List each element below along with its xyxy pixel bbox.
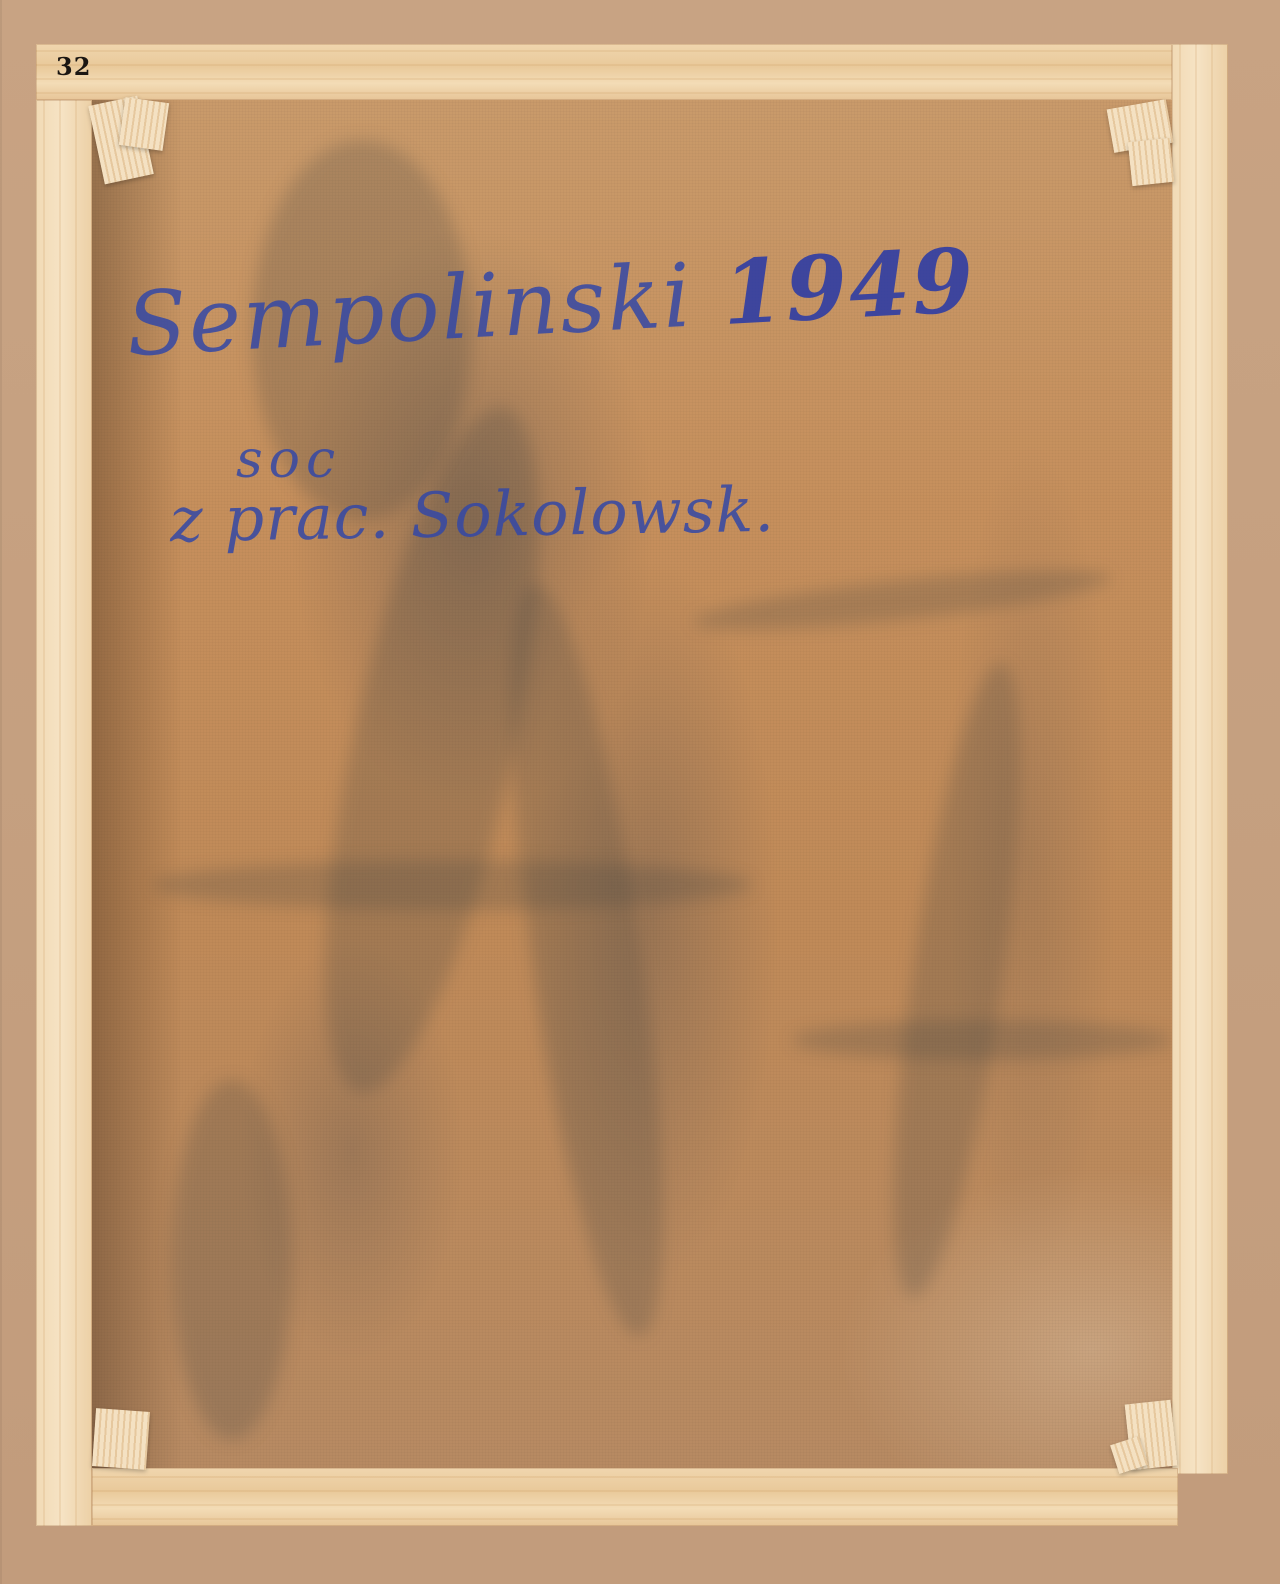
charcoal-shadow bbox=[792, 1020, 1172, 1060]
corner-key-bottom-left bbox=[92, 1408, 150, 1470]
signature-year: 1949 bbox=[720, 228, 978, 345]
stretcher-number-label: 32 bbox=[56, 52, 91, 81]
stretcher-bar-top bbox=[36, 44, 1172, 100]
stretcher-bar-bottom bbox=[92, 1468, 1178, 1526]
charcoal-shadow bbox=[480, 576, 695, 1344]
painting-back-photo: Sempolinski 1949 soc z prac. Sokolowsk. … bbox=[0, 0, 1280, 1584]
charcoal-shadow bbox=[172, 1080, 292, 1440]
stretcher-bar-right bbox=[1172, 44, 1228, 1474]
charcoal-shadow bbox=[152, 860, 752, 910]
stretcher-bar-left bbox=[36, 100, 92, 1526]
corner-key-top-left bbox=[119, 97, 169, 151]
inscription-provenance: z prac. Sokolowsk. bbox=[169, 473, 775, 557]
charcoal-shadow bbox=[868, 657, 1046, 1303]
corner-key-top-right bbox=[1128, 138, 1174, 186]
charcoal-shadow bbox=[691, 558, 1113, 642]
